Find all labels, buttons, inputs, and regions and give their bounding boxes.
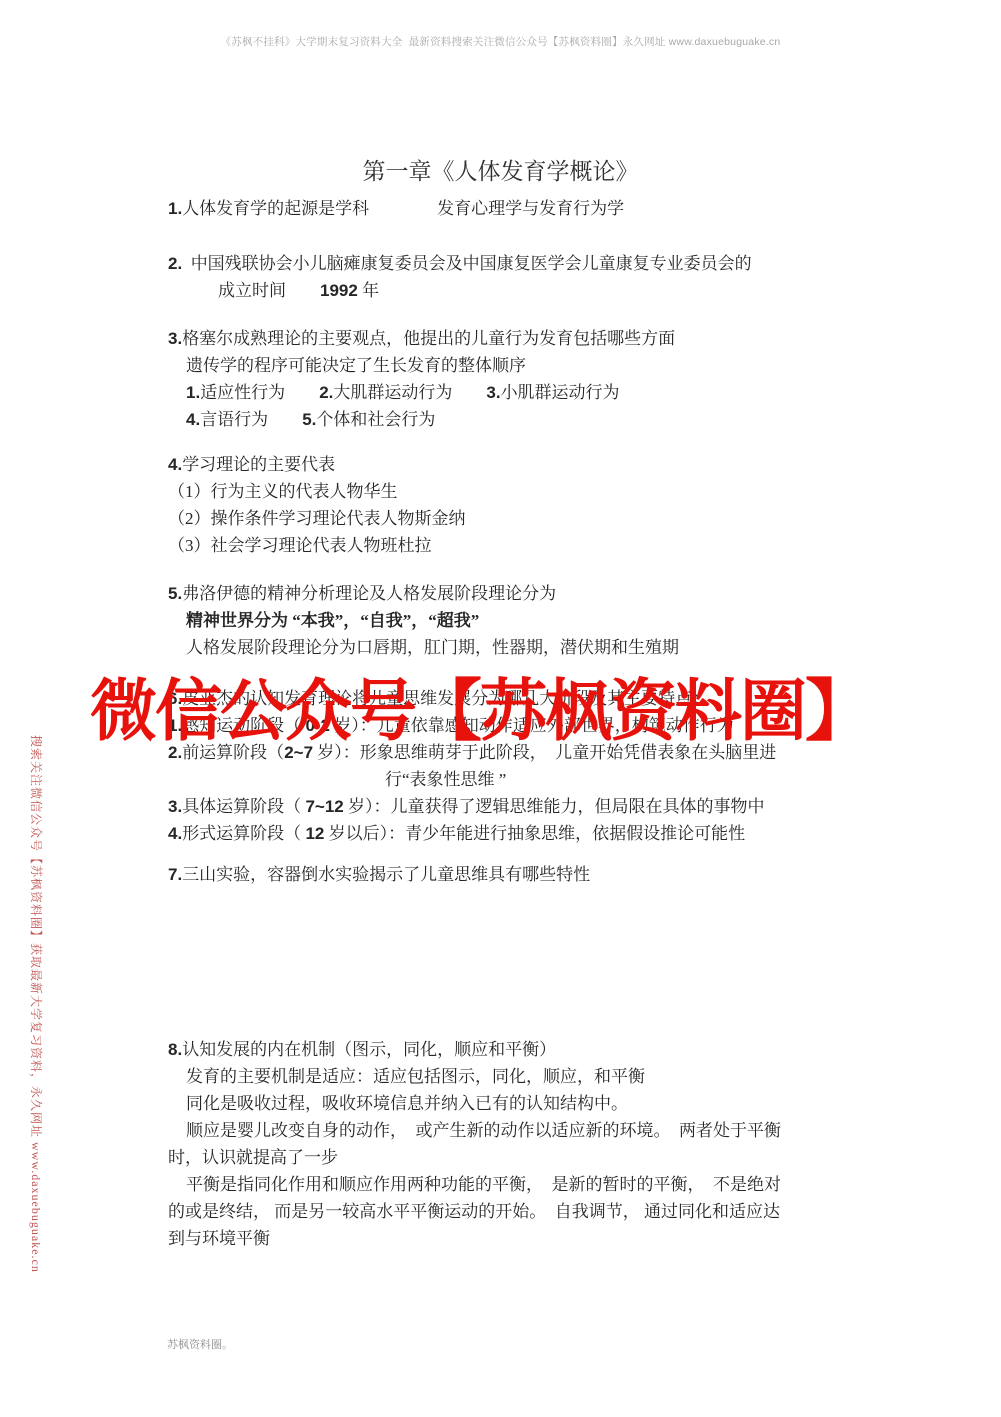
text-line: 8.认知发展的内在机制（图示，同化，顺应和平衡） bbox=[168, 1036, 556, 1063]
text-line: 遗传学的程序可能决定了生长发育的整体顺序 bbox=[186, 352, 526, 379]
text-line: 同化是吸收过程，吸收环境信息并纳入已有的认知结构中。 bbox=[186, 1090, 628, 1117]
text-line: 顺应是婴儿改变自身的动作， 或产生新的动作以适应新的环境。 两者处于平衡 bbox=[186, 1117, 781, 1144]
page-title: 第一章《人体发育学概论》 bbox=[0, 153, 1001, 186]
side-vertical-watermark: 搜索关注微信公众号【苏枫资料圈】获取最新大学复习资料，永久网址 www.daxu… bbox=[28, 735, 45, 1273]
document-page: 《苏枫不挂科》大学期末复习资料大全 最新资料搜索关注微信公众号【苏枫资料圈】永久… bbox=[0, 0, 1001, 1417]
red-watermark-text: 微信公众号【苏枫资料圈】 bbox=[90, 658, 870, 754]
text-line: 行“表象性思维 ” bbox=[385, 766, 506, 793]
text-line: 7.三山实验，容器倒水实验揭示了儿童思维具有哪些特性 bbox=[168, 861, 590, 888]
text-line: 的或是终结， 而是另一较高水平平衡运动的开始。 自我调节， 通过同化和适应达 bbox=[168, 1198, 780, 1225]
text-line: 1.适应性行为 2.大肌群运动行为 3.小肌群运动行为 bbox=[186, 379, 620, 406]
text-line: 人格发展阶段理论分为口唇期，肛门期，性器期，潜伏期和生殖期 bbox=[186, 634, 679, 661]
text-line: （1）行为主义的代表人物华生 bbox=[168, 478, 398, 505]
text-line: 1.人体发育学的起源是学科 发育心理学与发育行为学 bbox=[168, 195, 624, 222]
text-line: 成立时间 1992 年 bbox=[218, 277, 379, 304]
text-line: 到与环境平衡 bbox=[168, 1225, 270, 1252]
footer-note: 苏枫资料圈。 bbox=[167, 1336, 233, 1352]
text-line: （2）操作条件学习理论代表人物斯金纳 bbox=[168, 505, 466, 532]
text-line: 4.言语行为 5.个体和社会行为 bbox=[186, 406, 435, 433]
text-line: （3）社会学习理论代表人物班杜拉 bbox=[168, 532, 432, 559]
text-line: 时，认识就提高了一步 bbox=[168, 1144, 338, 1171]
text-line: 3.格塞尔成熟理论的主要观点，他提出的儿童行为发育包括哪些方面 bbox=[168, 325, 675, 352]
text-line: 5.弗洛伊德的精神分析理论及人格发展阶段理论分为 bbox=[168, 580, 556, 607]
header-note: 《苏枫不挂科》大学期末复习资料大全 最新资料搜索关注微信公众号【苏枫资料圈】永久… bbox=[0, 34, 1001, 49]
text-line: 平衡是指同化作用和顺应作用两种功能的平衡， 是新的暂时的平衡， 不是绝对 bbox=[186, 1171, 781, 1198]
text-line: 发育的主要机制是适应：适应包括图示，同化，顺应，和平衡 bbox=[186, 1063, 645, 1090]
text-line: 4.学习理论的主要代表 bbox=[168, 451, 335, 478]
text-line: 3.具体运算阶段（ 7~12 岁）：儿童获得了逻辑思维能力，但局限在具体的事物中 bbox=[168, 793, 764, 820]
text-line: 4.形式运算阶段（ 12 岁以后）：青少年能进行抽象思维，依据假设推论可能性 bbox=[168, 820, 745, 847]
text-line: 精神世界分为 “本我”，“自我”，“超我” bbox=[186, 607, 479, 634]
text-line: 2. 中国残联协会小儿脑瘫康复委员会及中国康复医学会儿童康复专业委员会的 bbox=[168, 250, 752, 277]
